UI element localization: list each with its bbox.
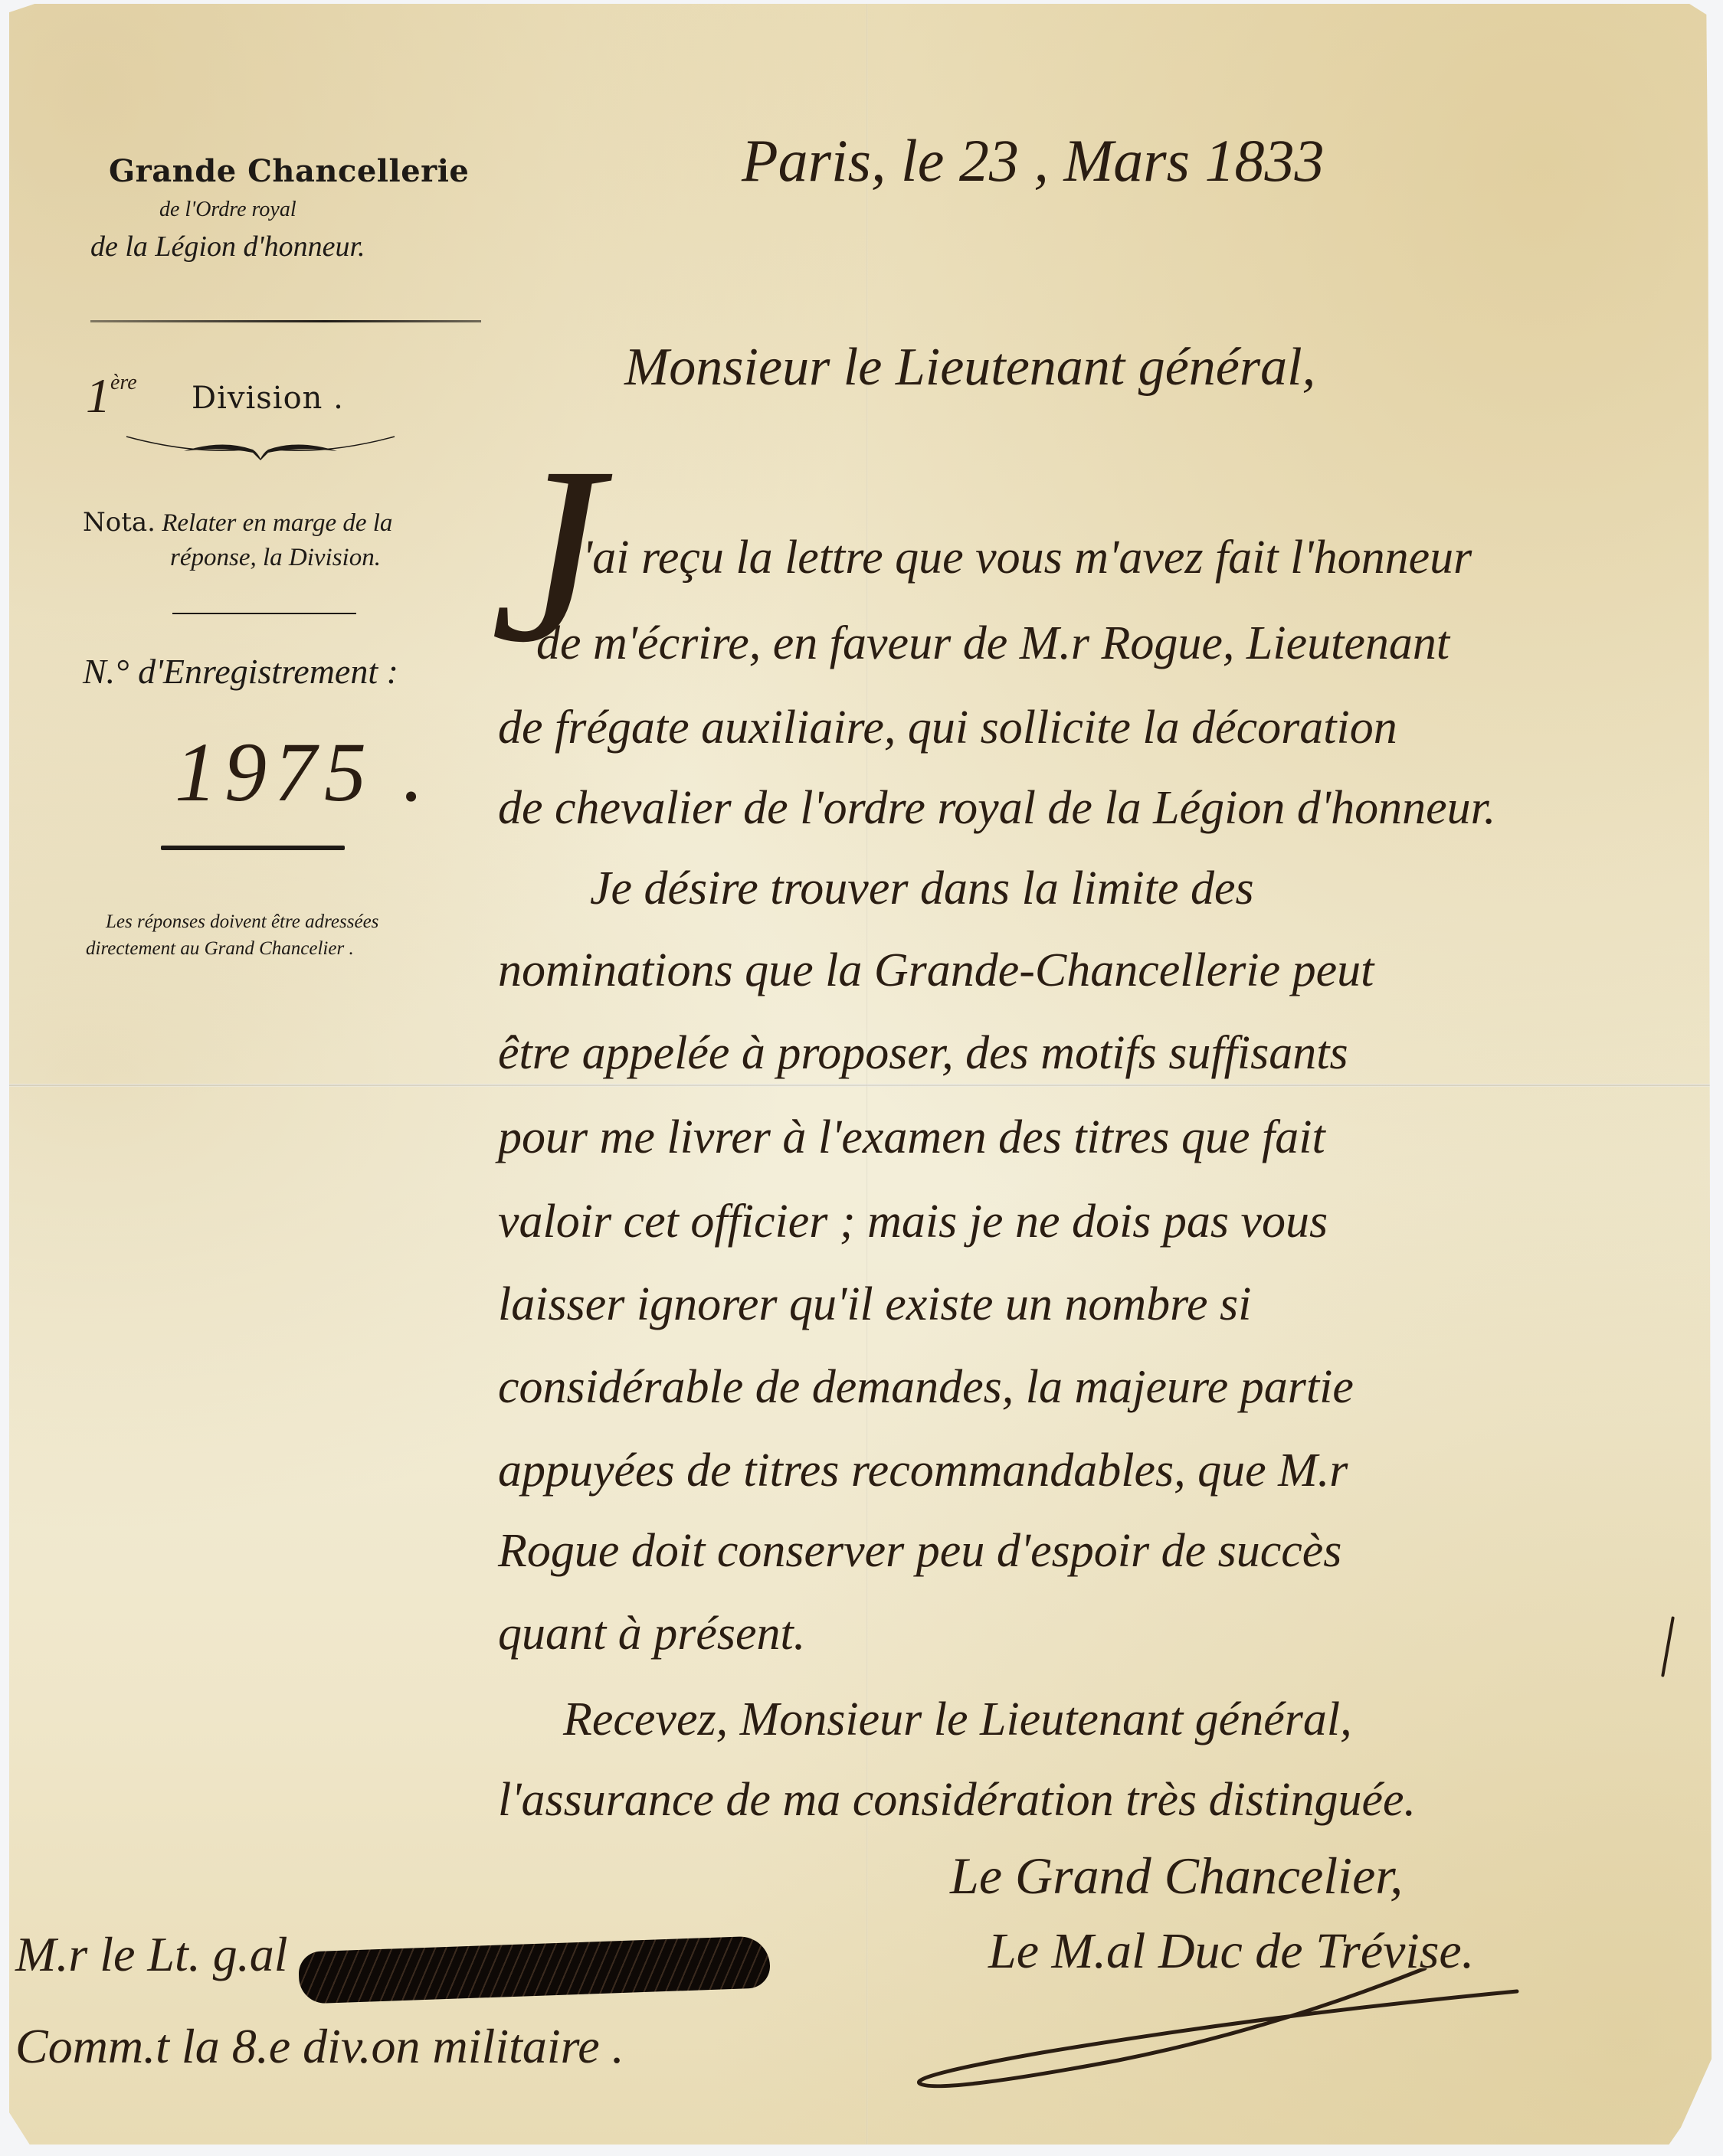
letterhead-subtitle-legion: de la Légion d'honneur. (90, 230, 365, 263)
address-line-1: M.r le Lt. g.al (15, 1926, 288, 1983)
letterhead-divider (90, 320, 481, 322)
letterhead-subtitle-order: de l'Ordre royal (159, 198, 296, 222)
body-line-6: nominations que la Grande-Chancellerie p… (498, 944, 1374, 998)
footer-note-line-2: directement au Grand Chancelier . (86, 938, 354, 960)
ornamental-flourish-icon (123, 433, 398, 463)
body-line-11: considérable de demandes, la majeure par… (498, 1360, 1354, 1415)
nota-label: Nota. (83, 507, 156, 538)
body-line-13: Rogue doit conserver peu d'espoir de suc… (498, 1524, 1341, 1579)
signature-title: Le Grand Chancelier, (950, 1846, 1403, 1906)
salutation: Monsieur le Lieutenant général, (624, 337, 1315, 398)
body-line-8: pour me livrer à l'examen des titres que… (498, 1111, 1325, 1165)
dateline: Paris, le 23 , Mars 1833 (742, 126, 1325, 195)
division-number-digit: 1 (86, 368, 110, 423)
body-line-9: valoir cet officier ; mais je ne dois pa… (498, 1195, 1328, 1249)
closing-line-1: Recevez, Monsieur le Lieutenant général, (563, 1693, 1352, 1747)
division-number: 1ère (86, 368, 137, 424)
body-line-14: quant à présent. (498, 1607, 805, 1661)
nota-text: Relater en marge de la (156, 509, 392, 537)
body-line-10: laisser ignorer qu'il existe un nombre s… (498, 1278, 1251, 1332)
horizontal-fold-crease (9, 1084, 1712, 1087)
registration-underline (161, 846, 345, 850)
nota-line-2: réponse, la Division. (170, 544, 381, 572)
body-line-4: de chevalier de l'ordre royal de la Légi… (498, 781, 1495, 836)
nota-divider (172, 613, 356, 614)
address-line-2: Comm.t la 8.e div.on militaire . (15, 2018, 624, 2075)
body-line-3: de frégate auxiliaire, qui sollicite la … (498, 701, 1397, 755)
closing-line-2: l'assurance de ma considération très dis… (498, 1773, 1416, 1827)
body-line-12: appuyées de titres recommandables, que M… (498, 1444, 1348, 1498)
body-line-5: Je désire trouver dans la limite des (590, 862, 1254, 916)
division-number-suffix: ère (110, 371, 137, 394)
division-label: Division . (192, 381, 344, 416)
body-line-2: de m'écrire, en faveur de M.r Rogue, Lie… (536, 617, 1449, 671)
footer-note-line-1: Les réponses doivent être adressées (106, 911, 378, 933)
body-line-7: être appelée à proposer, des motifs suff… (498, 1026, 1348, 1081)
nota-line-1: Nota. Relater en marge de la (83, 505, 392, 540)
registration-number: 1975 . (175, 724, 431, 821)
letterhead-title: Grande Chancellerie (109, 153, 469, 189)
registration-label: N.° d'Enregistrement : (83, 651, 398, 692)
body-line-1: 'ai reçu la lettre que vous m'avez fait … (582, 531, 1472, 585)
signature-flourish-icon (889, 1968, 1540, 2091)
